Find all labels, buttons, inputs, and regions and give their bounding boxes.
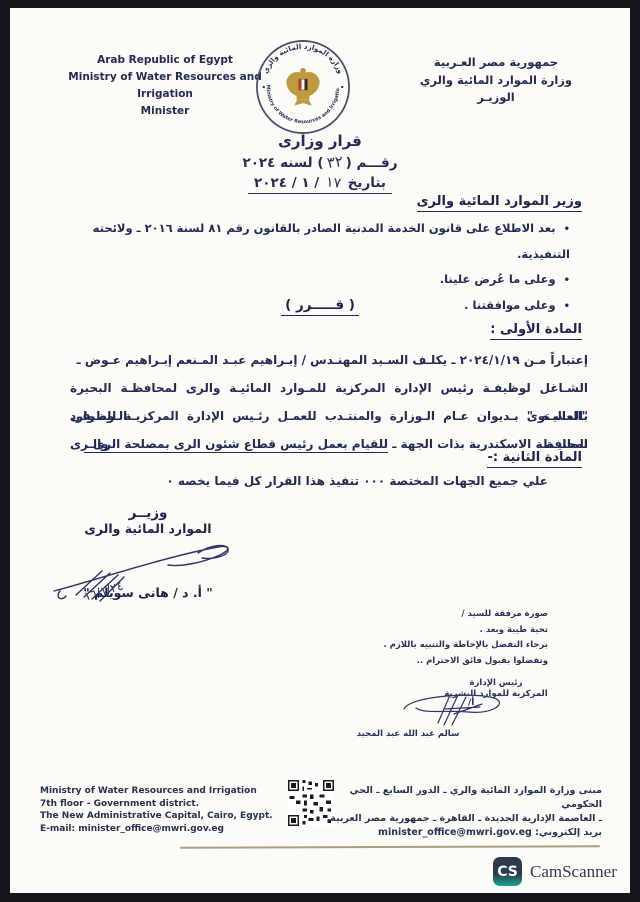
handwritten-date-day: ١٧ xyxy=(323,174,344,192)
article1-heading: المادة الأولى : xyxy=(490,322,582,340)
footer-en-line: E-mail: minister_office@mwri.gov.eg xyxy=(40,823,273,836)
preamble-item: وعلى ما عُرض علينا. xyxy=(58,267,570,293)
minister-name: " أ. د / هانى سويلم " xyxy=(60,585,236,600)
header-country-en: Arab Republic of Egypt xyxy=(56,52,274,69)
decree-date-rest: / ١ / ٢٠٢٤ xyxy=(254,175,319,191)
line4-normal: لمحافظة الاسكندرية بذات الجهة ـ xyxy=(388,437,588,451)
line1-normal: إعتباراً مـن ٢٠٢٤/١/١٩ ـ xyxy=(447,353,588,367)
ministry-seal-icon: وزارة الموارد المائية والري Ministry of … xyxy=(254,38,352,136)
header-ministry-en: Ministry of Water Resources and Irrigati… xyxy=(56,69,274,103)
header-left-en: Arab Republic of Egypt Ministry of Water… xyxy=(56,52,274,120)
scan-frame: Arab Republic of Egypt Ministry of Water… xyxy=(0,0,640,902)
line1-name: إبـراهيم عبـد المـنعم إبـراهيم عـوض ـ xyxy=(77,353,298,367)
decree-number-prefix: رقـــم ( xyxy=(346,155,398,171)
footer-ar-line: بريد إلكتروني: minister_office@mwri.gov.… xyxy=(322,826,602,840)
attestation-line: صورة مرفقة للسيد / xyxy=(383,607,548,623)
handwritten-decree-number: ٣٢ xyxy=(322,152,346,173)
footer-ar-line: مبنى وزارة الموارد المائية والري ـ الدور… xyxy=(322,784,602,812)
egypt-eagle-icon xyxy=(286,68,319,106)
attestation-signature-icon xyxy=(392,687,510,735)
attestation-note: صورة مرفقة للسيد / تحية طيبة وبعد . برجا… xyxy=(383,607,548,669)
decree-date-prefix: بتاريخ xyxy=(348,175,386,191)
article2-text: علي جميع الجهات المختصة ٠٠٠ تنفيذ هذا ال… xyxy=(166,474,548,488)
footer-en-line: 7th floor - Government district. xyxy=(40,798,273,811)
attestation-name: سالم عبد الله عبد المجيد xyxy=(338,729,478,739)
header-ministry-ar: وزارة الموارد المائية والري xyxy=(388,72,604,90)
footer-en-line: The New Administrative Capital, Cairo, E… xyxy=(40,810,273,823)
attestation-line: وتفضلوا بقبول فائق الاحترام .. xyxy=(383,654,548,670)
paragraph-line: إعتباراً مـن ٢٠٢٤/١/١٩ ـ يكلـف السـيد ال… xyxy=(70,346,588,374)
decree-date-line: بتاريخ ١٧ / ١ / ٢٠٢٤ xyxy=(160,172,480,194)
signature-title-1: وزيــر xyxy=(60,505,236,521)
footer-address-en: Ministry of Water Resources and Irrigati… xyxy=(40,785,273,835)
camscanner-watermark: CS CamScanner xyxy=(493,857,617,886)
header-right-ar: جمهورية مصر العـربية وزارة الموارد المائ… xyxy=(388,54,604,107)
attestation-line: برجاء التفضل بالإحاطة والتنبيه باللازم . xyxy=(383,638,548,654)
camscanner-badge-icon: CS xyxy=(493,857,522,886)
minister-heading: وزير الموارد المائية والرى xyxy=(417,194,582,212)
line1-normal2: السـيد المهنـدس / xyxy=(297,353,412,367)
decree-number-suffix: ) لسنه ٢٠٢٤ xyxy=(242,155,323,171)
scan-artifact-line xyxy=(180,845,600,848)
footer-ar-line: ـ العاصمة الإدارية الجديدة ـ القاهرة ـ ج… xyxy=(322,812,602,826)
decision-word-row: ( قـــــرر ) xyxy=(10,294,630,316)
paragraph-line: الشـاغل لوظيفـة رئيس الإدارة المركزية لل… xyxy=(70,374,588,402)
header-minister-ar: الوزيـر xyxy=(388,89,604,107)
decree-title-block: قرار وزارى رقـــم (٣٢) لسنه ٢٠٢٤ بتاريخ … xyxy=(160,132,480,194)
paragraph-line: "العاليـه " بـديوان عـام الـوزارة والمنت… xyxy=(70,402,588,430)
header-minister-en: Minister xyxy=(56,103,274,120)
camscanner-label: CamScanner xyxy=(530,862,617,882)
decision-word: ( قـــــرر ) xyxy=(281,297,359,316)
line1-keyword: يكلـف xyxy=(412,353,447,367)
minister-signature-block: وزيــر الموارد المائية والرى ١٦/١/٢٤ " أ… xyxy=(60,505,236,536)
article2-heading: المادة الثانية :- xyxy=(487,450,582,468)
preamble-item: بعد الاطلاع على قانون الخدمة المدنية الص… xyxy=(58,216,570,267)
article1-paragraph: إعتباراً مـن ٢٠٢٤/١/١٩ ـ يكلـف السـيد ال… xyxy=(70,346,588,458)
decree-number-line: رقـــم (٣٢) لسنه ٢٠٢٤ xyxy=(160,153,480,171)
line4-assignment: للقيام بعمل رئيس قطاع شئون الرى بمصلحة ا… xyxy=(84,437,388,453)
decree-title: قرار وزارى xyxy=(160,132,480,150)
footer-address-ar: مبنى وزارة الموارد المائية والري ـ الدور… xyxy=(322,784,602,840)
header-country-ar: جمهورية مصر العـربية xyxy=(388,54,604,72)
attestation-line: تحية طيبة وبعد . xyxy=(383,623,548,639)
document-page: Arab Republic of Egypt Ministry of Water… xyxy=(10,8,630,893)
footer-en-line: Ministry of Water Resources and Irrigati… xyxy=(40,785,273,798)
